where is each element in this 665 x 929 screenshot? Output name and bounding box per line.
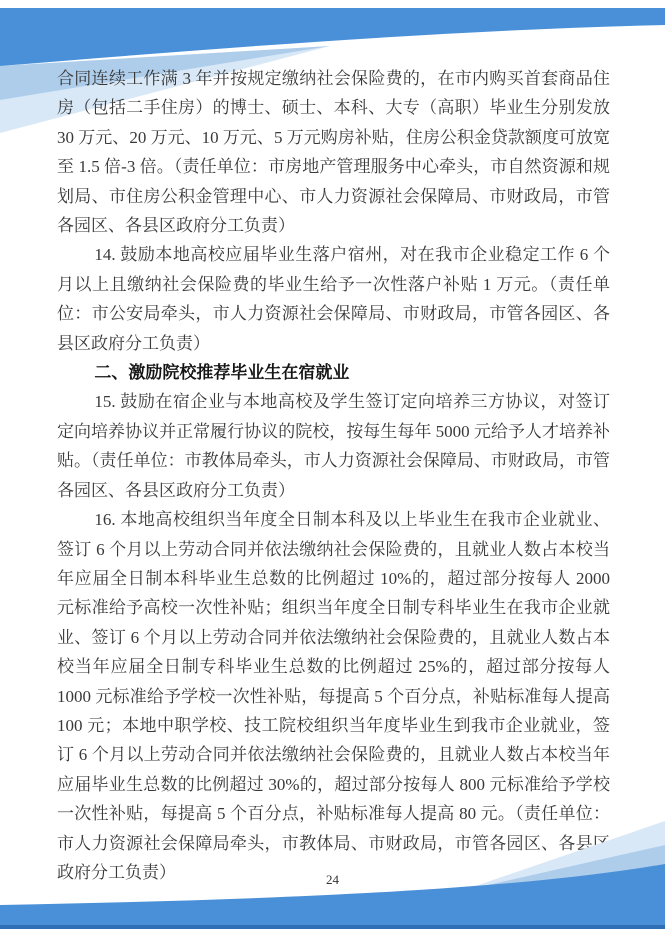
page-content: 合同连续工作满 3 年并按规定缴纳社会保险费的，在市内购买首套商品住房（包括二手… — [57, 64, 610, 887]
section-heading: 二、激励院校推荐毕业生在宿就业 — [57, 358, 610, 387]
paragraph-housing-subsidy: 合同连续工作满 3 年并按规定缴纳社会保险费的，在市内购买首套商品住房（包括二手… — [57, 64, 610, 240]
document-page: 合同连续工作满 3 年并按规定缴纳社会保险费的，在市内购买首套商品住房（包括二手… — [0, 0, 665, 929]
paragraph-item-15: 15. 鼓励在宿企业与本地高校及学生签订定向培养三方协议，对签订定向培养协议并正… — [57, 387, 610, 505]
footer-wave-decoration — [0, 809, 665, 929]
paragraph-item-14: 14. 鼓励本地高校应届毕业生落户宿州，对在我市企业稳定工作 6 个月以上且缴纳… — [57, 240, 610, 358]
